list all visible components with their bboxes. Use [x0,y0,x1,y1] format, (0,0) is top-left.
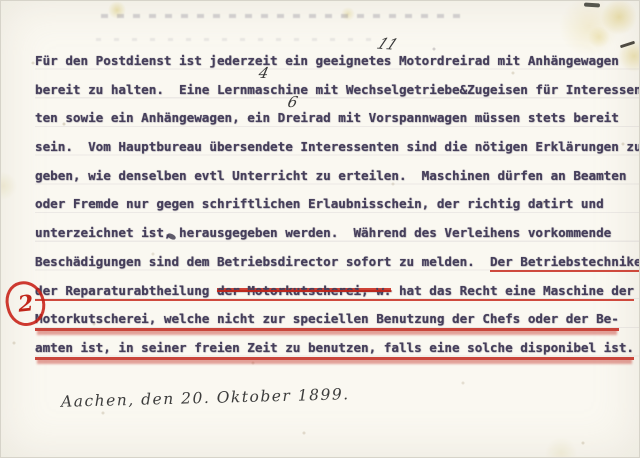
typed-text: Beschädigungen sind dem Betriebsdirector… [35,254,490,269]
red-underlined-text: amten ist, in seiner freien Zeit zu benu… [35,340,634,360]
typed-text: bereit zu halten. Eine Lernmaschine mit … [35,82,640,97]
typed-text-block: Für den Postdienst ist jederzeit ein gee… [35,47,640,363]
bleedthrough-text-mark [101,14,461,18]
handwritten-dateline: Aachen, den 20. Oktober 1899. [61,385,350,411]
typed-line-7: unterzeichnet ist, herausgegeben werden.… [35,219,640,248]
typed-line-5: geben, wie denselben evtl Unterricht zu … [35,162,640,191]
typed-line-11: amten ist, in seiner freien Zeit zu benu… [35,334,640,363]
red-underlined-text: Motorkutscherei, welche nicht zur specie… [35,311,619,331]
typed-text: unterzeichnet ist, herausgegeben werden.… [35,225,611,240]
circled-number-text: 2 [17,290,35,317]
typed-line-10: Motorkutscherei, welche nicht zur specie… [35,305,640,334]
typed-line-3: ten sowie ein Anhängewagen, ein Dreirad … [35,104,640,133]
typed-line-8: Beschädigungen sind dem Betriebsdirector… [35,248,640,277]
typed-text: sein. Vom Hauptbureau übersendete Intere… [35,139,640,154]
red-struck-text: der Motorkutscherei, w. [217,283,391,301]
paper-specks [1,1,3,3]
typed-line-9: der Reparaturabtheilung der Motorkutsche… [35,277,640,306]
typed-text: oder Fremde nur gegen schriftlichen Erla… [35,196,604,211]
typed-line-4: sein. Vom Hauptbureau übersendete Intere… [35,133,640,162]
typed-text: ten sowie ein Anhängewagen, ein Dreirad … [35,110,619,125]
typed-line-1: Für den Postdienst ist jederzeit ein gee… [35,47,640,76]
bleedthrough-text-mark [96,38,386,41]
red-underlined-text: hat das Recht eine Maschine der [391,283,634,301]
typed-text: geben, wie denselben evtl Unterricht zu … [35,168,626,183]
ink-mark-top-right [584,2,600,7]
typed-line-2: bereit zu halten. Eine Lernmaschine mit … [35,76,640,105]
typed-text: Für den Postdienst ist jederzeit ein gee… [35,53,619,68]
typed-line-6: oder Fremde nur gegen schriftlichen Erla… [35,190,640,219]
red-underlined-text: der Reparaturabtheilung [35,283,217,301]
red-underlined-text: Der Betriebstechniker [490,254,640,272]
scanned-document: Für den Postdienst ist jederzeit ein gee… [0,0,640,458]
